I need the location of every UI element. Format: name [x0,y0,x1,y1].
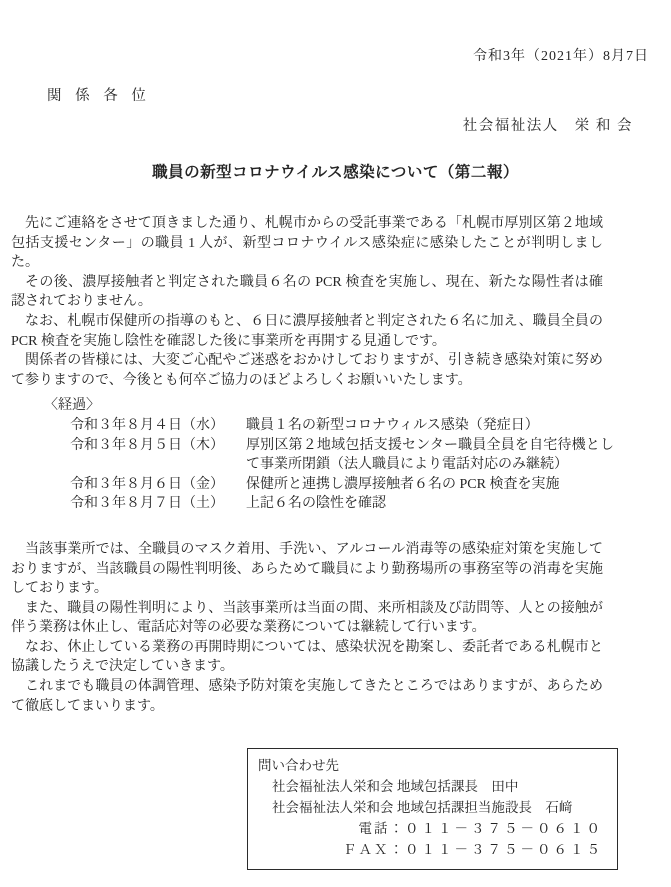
timeline-entry: 令和３年８月６日（金） 保健所と連携し濃厚接触者６名の PCR 検査を実施 [70,475,671,495]
paragraph: 関係者の皆様には、大変ご心配やご迷惑をおかけしておりますが、引き続き感染対策に努… [11,351,603,390]
timeline-entry: 令和３年８月７日（土） 上記６名の陰性を確認 [70,494,671,514]
timeline-entry-date: 令和３年８月４日（水） [70,416,224,436]
timeline-entry-description: 上記６名の陰性を確認 [246,494,386,514]
contact-person: 社会福祉法人栄和会 地域包括課担当施設長 石﨑 [258,797,605,818]
timeline-entry-date: 令和３年８月６日（金） [70,475,224,495]
fax-line: ＦＡＸ：０１１－３７５－０６１５ [258,839,605,860]
document-title: 職員の新型コロナウイルス感染について（第二報） [0,162,671,184]
contact-box: 問い合わせ先 社会福祉法人栄和会 地域包括課長 田中 社会福祉法人栄和会 地域包… [247,748,618,870]
timeline-entry-description: 保健所と連携し濃厚接触者６名の PCR 検査を実施 [246,475,559,495]
paragraph: その後、濃厚接触者と判定された職員６名の PCR 検査を実施し、現在、新たな陽性… [11,273,603,312]
timeline: 令和３年８月４日（水） 職員１名の新型コロナウィルス感染（発症日） 令和３年８月… [70,416,671,514]
paragraph: また、職員の陽性判明により、当該事業所は当面の間、来所相談及び訪問等、人との接触… [11,599,603,638]
body-section-2: 当該事業所では、全職員のマスク着用、手洗い、アルコール消毒等の感染症対策を実施し… [0,540,671,716]
recipient: 関 係 各 位 [47,86,671,106]
phone-line: 電話：０１１－３７５－０６１０ [258,818,605,839]
timeline-entry-description: 厚別区第２地域包括支援センター職員全員を自宅待機として事業所閉鎖（法人職員により… [246,436,614,475]
body-section-1: 先にご連絡をさせて頂きました通り、札幌市からの受託事業である「札幌市厚別区第２地… [0,214,671,390]
timeline-entry: 令和３年８月４日（水） 職員１名の新型コロナウィルス感染（発症日） [70,416,671,436]
paragraph: 当該事業所では、全職員のマスク着用、手洗い、アルコール消毒等の感染症対策を実施し… [11,540,603,599]
paragraph: これまでも職員の体調管理、感染予防対策を実施してきたところではありますが、あらた… [11,677,603,716]
paragraph: なお、札幌市保健所の指導のもと、６日に濃厚接触者と判定された６名に加え、職員全員… [11,312,603,351]
fax-number: ０１１－３７５－０６１５ [405,842,603,857]
paragraph: 先にご連絡をさせて頂きました通り、札幌市からの受託事業である「札幌市厚別区第２地… [11,214,603,273]
timeline-entry-date: 令和３年８月５日（木） [70,436,224,456]
phone-label: 電話： [359,821,406,836]
fax-label: ＦＡＸ： [343,842,405,857]
timeline-entry-description: 職員１名の新型コロナウィルス感染（発症日） [246,416,539,436]
timeline-entry-date: 令和３年８月７日（土） [70,494,224,514]
document-date: 令和3年（2021年）8月7日 [0,48,671,66]
contact-person: 社会福祉法人栄和会 地域包括課長 田中 [258,776,605,797]
timeline-heading: 〈経過〉 [44,396,671,416]
document-page: 令和3年（2021年）8月7日 関 係 各 位 社会福祉法人 栄 和 会 職員の… [0,0,671,887]
sender-organization: 社会福祉法人 栄 和 会 [0,116,671,136]
contact-box-heading: 問い合わせ先 [258,755,605,776]
phone-number: ０１１－３７５－０６１０ [405,821,603,836]
timeline-entry: 令和３年８月５日（木） 厚別区第２地域包括支援センター職員全員を自宅待機として事… [70,436,671,475]
paragraph: なお、休止している業務の再開時期については、感染状況を勘案し、委託者である札幌市… [11,638,603,677]
